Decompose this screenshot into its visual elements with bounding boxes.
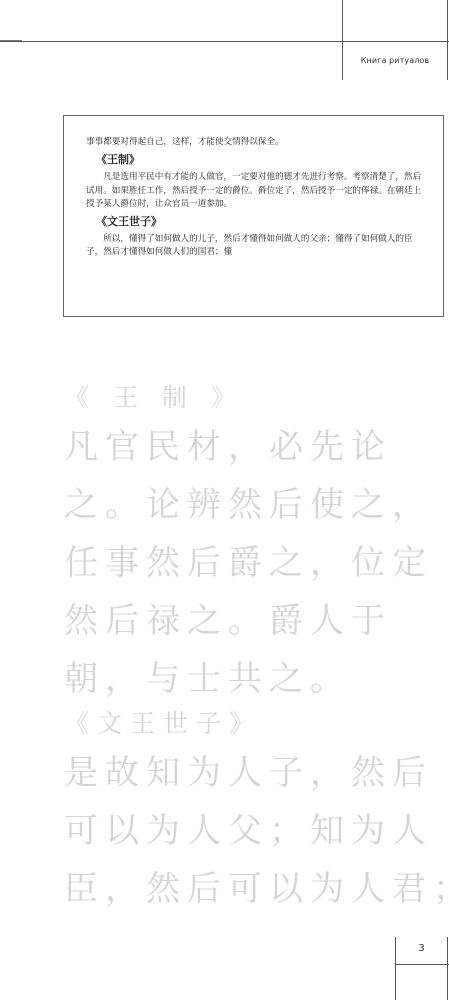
header-frame-right bbox=[447, 0, 448, 80]
calligraphy-line: 可以为人父；知为人 bbox=[64, 802, 449, 860]
footer-frame-right bbox=[447, 937, 448, 1000]
page-number: 3 bbox=[396, 943, 447, 954]
translation-section-title: 《王制》 bbox=[96, 152, 423, 168]
running-head: Книга ритуалов bbox=[343, 56, 447, 65]
translation-section-text: 所以，懂得了如何做人的儿子，然后才懂得如何做人的父亲；懂得了如何做人的臣子，然后… bbox=[86, 233, 423, 260]
calligraphy-line: 臣，然后可以为人君； bbox=[64, 860, 449, 918]
footer-rule bbox=[395, 964, 449, 965]
calligraphy-line: 任事然后爵之，位定 bbox=[64, 534, 449, 592]
translation-lead-line: 事事都要对得起自己，这样，才能使交情得以保全。 bbox=[86, 136, 423, 149]
calligraphy-line: 凡官民材，必先论 bbox=[64, 418, 449, 476]
top-rule bbox=[0, 41, 449, 42]
translation-section-text: 凡是选用平民中有才能的人做官，一定要对他的德才先进行考察。考察清楚了，然后试用。… bbox=[86, 171, 423, 211]
calligraphy-title: 《 王 制 》 bbox=[64, 378, 449, 418]
calligraphy-line: 然后禄之。爵人于 bbox=[64, 592, 449, 650]
calligraphy-line: 是故知为人子，然后 bbox=[64, 744, 449, 802]
calligraphy-line: 之。论辨然后使之， bbox=[64, 476, 449, 534]
header-frame-left bbox=[342, 0, 343, 80]
translation-section-title: 《文王世子》 bbox=[96, 214, 423, 230]
calligraphy-line: 朝，与士共之。 bbox=[64, 650, 449, 708]
calligraphy-practice-text: 《 王 制 》 凡官民材，必先论 之。论辨然后使之， 任事然后爵之，位定 然后禄… bbox=[64, 378, 449, 918]
calligraphy-title: 《文王世子》 bbox=[64, 704, 449, 744]
translation-box: 事事都要对得起自己，这样，才能使交情得以保全。 《王制》 凡是选用平民中有才能的… bbox=[63, 115, 444, 317]
